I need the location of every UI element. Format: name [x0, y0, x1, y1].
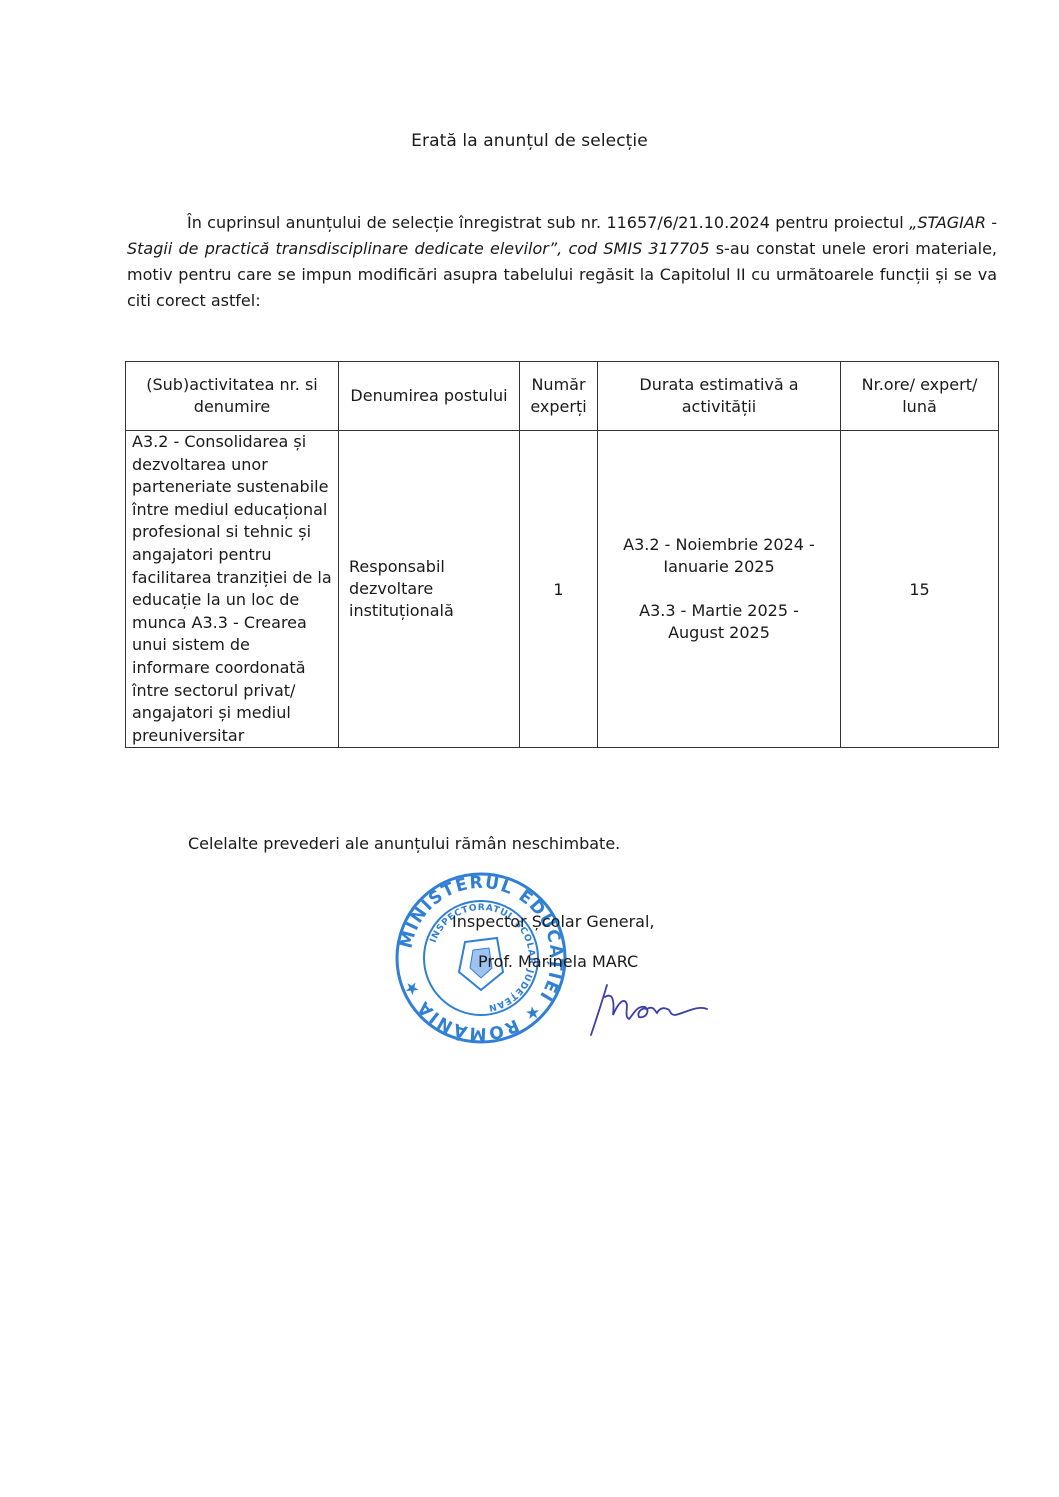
- header-experts: Număr experți: [520, 362, 598, 431]
- cell-experts: 1: [520, 431, 598, 748]
- cell-activity: A3.2 - Consolidarea și dezvoltarea unor …: [126, 431, 339, 748]
- cell-duration: A3.2 - Noiembrie 2024 - Ianuarie 2025 A3…: [598, 431, 841, 748]
- header-duration: Durata estimativă a activității: [598, 362, 841, 431]
- handwritten-signature-icon: [585, 975, 715, 1045]
- table-header-row: (Sub)activitatea nr. si denumire Denumir…: [126, 362, 999, 431]
- cell-hours: 15: [841, 431, 999, 748]
- duration-a33: A3.3 - Martie 2025 - August 2025: [599, 600, 839, 644]
- signatory-title: Inspector Școlar General,: [452, 912, 655, 931]
- cell-position: Responsabil dezvoltare instituțională: [339, 431, 520, 748]
- document-title: Erată la anunțul de selecție: [0, 131, 1059, 151]
- intro-part1: În cuprinsul anunțului de selecție înreg…: [187, 213, 606, 232]
- header-position: Denumirea postului: [339, 362, 520, 431]
- table-row: A3.2 - Consolidarea și dezvoltarea unor …: [126, 431, 999, 748]
- closing-statement: Celelalte prevederi ale anunțului rămân …: [188, 834, 620, 853]
- header-activity: (Sub)activitatea nr. si denumire: [126, 362, 339, 431]
- signatory-name: Prof. Marinela MARC: [478, 952, 638, 971]
- header-hours: Nr.ore/ expert/ lună: [841, 362, 999, 431]
- duration-a32: A3.2 - Noiembrie 2024 - Ianuarie 2025: [599, 534, 839, 578]
- intro-part2: pentru proiectul: [770, 213, 909, 232]
- positions-table: (Sub)activitatea nr. si denumire Denumir…: [125, 361, 999, 748]
- registration-number: 11657/6/21.10.2024: [606, 213, 769, 232]
- intro-paragraph: În cuprinsul anunțului de selecție înreg…: [127, 210, 997, 314]
